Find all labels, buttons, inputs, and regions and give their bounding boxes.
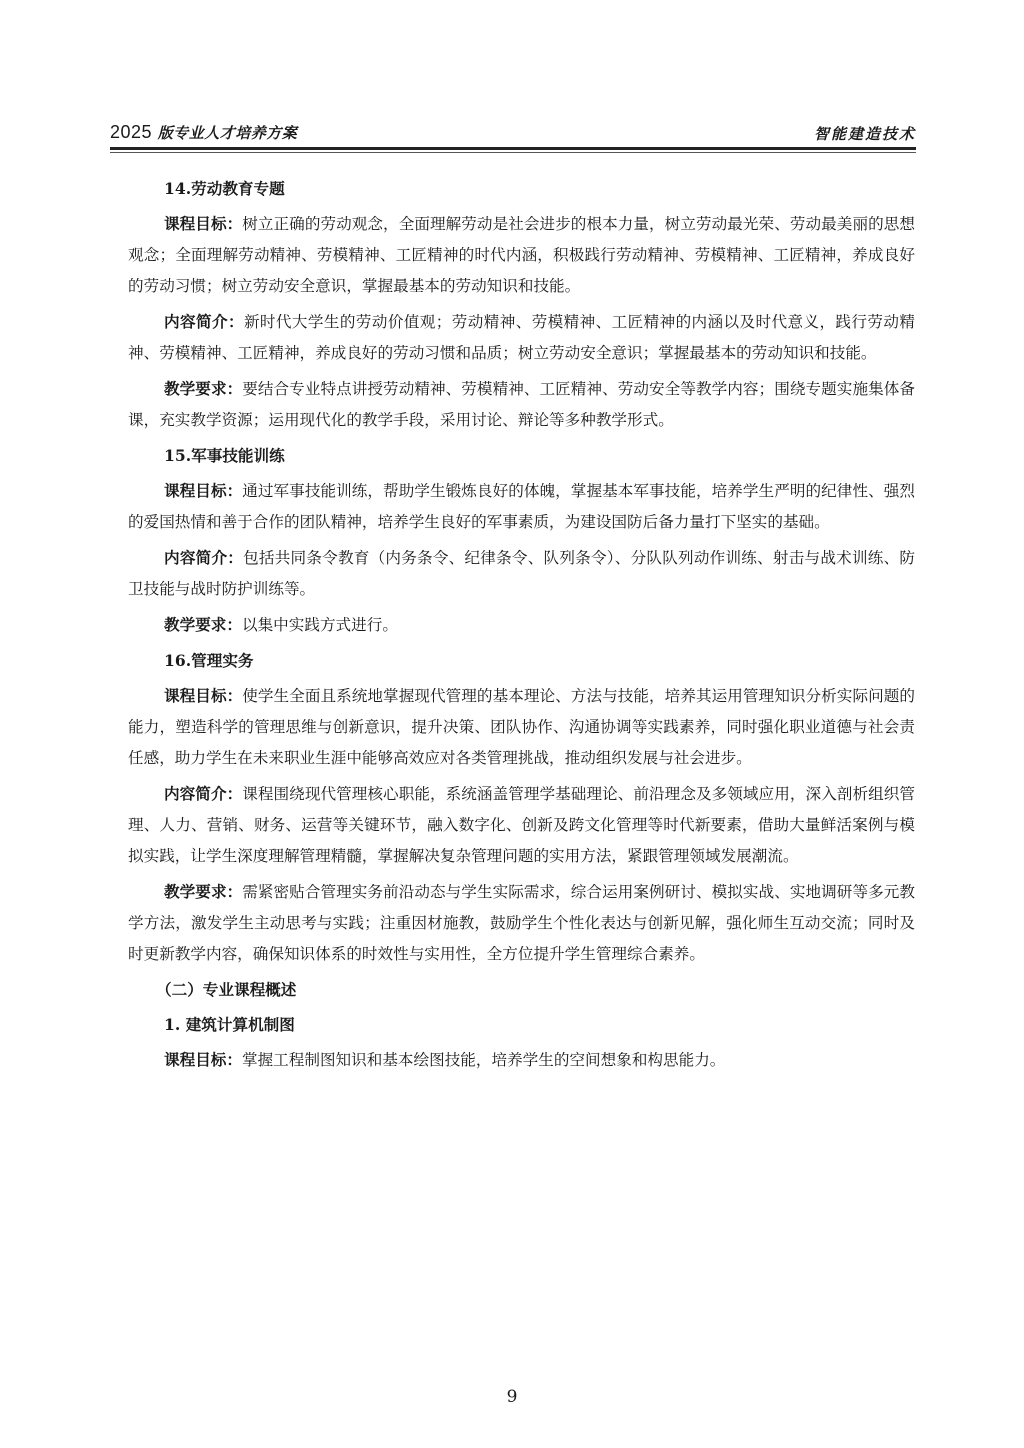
header-rule-thick <box>110 147 916 150</box>
section-16-goal: 课程目标：使学生全面且系统地掌握现代管理的基本理论、方法与技能，培养其运用管理知… <box>128 680 915 774</box>
course-1-goal: 课程目标：掌握工程制图知识和基本绘图技能，培养学生的空间想象和构思能力。 <box>128 1044 915 1076</box>
header-major-name: 智能建造技术 <box>814 123 916 144</box>
requirements-text: 需紧密贴合管理实务前沿动态与学生实际需求，综合运用案例研讨、模拟实战、实地调研等… <box>128 883 915 963</box>
section-16-content: 内容简介：课程围绕现代管理核心职能，系统涵盖管理学基础理论、前沿理念及多领域应用… <box>128 778 915 872</box>
content-text: 包括共同条令教育（内务条令、纪律条令、队列条令）、分队队列动作训练、射击与战术训… <box>128 549 915 598</box>
content-label: 内容简介： <box>164 784 242 803</box>
header-title-text: 版专业人才培养方案 <box>152 124 297 142</box>
goal-label: 课程目标： <box>164 481 242 500</box>
requirements-label: 教学要求： <box>164 379 242 398</box>
page-number: 9 <box>0 1387 1024 1407</box>
requirements-label: 教学要求： <box>164 882 242 901</box>
content-text: 课程围绕现代管理核心职能，系统涵盖管理学基础理论、前沿理念及多领域应用，深入剖析… <box>128 785 915 865</box>
section-heading-16: 16.管理实务 <box>128 645 915 676</box>
section-15-content: 内容简介：包括共同条令教育（内务条令、纪律条令、队列条令）、分队队列动作训练、射… <box>128 542 915 605</box>
section-15-requirements: 教学要求：以集中实践方式进行。 <box>128 609 915 641</box>
content-label: 内容简介： <box>164 312 244 331</box>
goal-text: 树立正确的劳动观念，全面理解劳动是社会进步的根本力量，树立劳动最光荣、劳动最美丽… <box>128 215 915 295</box>
section-heading-14: 14.劳动教育专题 <box>128 173 915 204</box>
requirements-text: 要结合专业特点讲授劳动精神、劳模精神、工匠精神、劳动安全等教学内容；围绕专题实施… <box>128 380 915 429</box>
header-document-title: 2025 版专业人才培养方案 <box>110 122 297 143</box>
goal-text: 使学生全面且系统地掌握现代管理的基本理论、方法与技能，培养其运用管理知识分析实际… <box>128 687 915 767</box>
goal-text: 掌握工程制图知识和基本绘图技能，培养学生的空间想象和构思能力。 <box>242 1051 725 1069</box>
goal-label: 课程目标： <box>164 214 242 233</box>
header-rule-thin <box>110 152 916 153</box>
requirements-label: 教学要求： <box>164 615 242 634</box>
goal-label: 课程目标： <box>164 686 242 705</box>
goal-text: 通过军事技能训练，帮助学生锻炼良好的体魄，掌握基本军事技能，培养学生严明的纪律性… <box>128 482 915 531</box>
part-heading-professional-courses: （二）专业课程概述 <box>128 974 915 1005</box>
section-14-goal: 课程目标：树立正确的劳动观念，全面理解劳动是社会进步的根本力量，树立劳动最光荣、… <box>128 208 915 302</box>
document-body: 14.劳动教育专题 课程目标：树立正确的劳动观念，全面理解劳动是社会进步的根本力… <box>128 173 915 1079</box>
course-heading-1: 1. 建筑计算机制图 <box>128 1009 915 1040</box>
content-label: 内容简介： <box>164 548 243 567</box>
section-heading-15: 15.军事技能训练 <box>128 440 915 471</box>
header-year: 2025 <box>110 122 152 142</box>
requirements-text: 以集中实践方式进行。 <box>242 616 398 634</box>
section-14-requirements: 教学要求：要结合专业特点讲授劳动精神、劳模精神、工匠精神、劳动安全等教学内容；围… <box>128 373 915 436</box>
page-header: 2025 版专业人才培养方案 智能建造技术 <box>110 122 916 146</box>
content-text: 新时代大学生的劳动价值观；劳动精神、劳模精神、工匠精神的内涵以及时代意义，践行劳… <box>128 313 915 362</box>
goal-label: 课程目标： <box>164 1050 242 1069</box>
section-15-goal: 课程目标：通过军事技能训练，帮助学生锻炼良好的体魄，掌握基本军事技能，培养学生严… <box>128 475 915 538</box>
section-14-content: 内容简介：新时代大学生的劳动价值观；劳动精神、劳模精神、工匠精神的内涵以及时代意… <box>128 306 915 369</box>
section-16-requirements: 教学要求：需紧密贴合管理实务前沿动态与学生实际需求，综合运用案例研讨、模拟实战、… <box>128 876 915 970</box>
